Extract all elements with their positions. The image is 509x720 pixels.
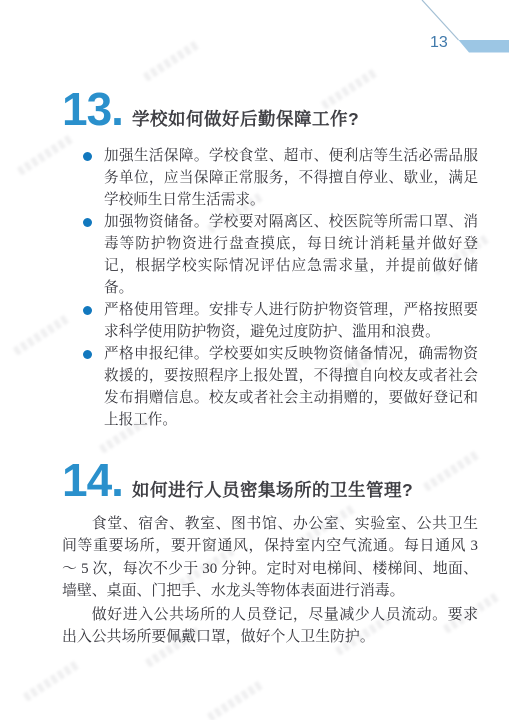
- question-13-header: 13. 学校如何做好后勤保障工作?: [62, 86, 478, 132]
- bullet-item: 严格使用管理。安排专人进行防护物资管理，严格按照要求科学使用防护物资，避免过度防…: [62, 299, 478, 343]
- bullet-text: 加强物资储备。学校要对隔离区、校医院等所需口罩、消毒等防护物资进行盘查摸底，每日…: [104, 214, 478, 296]
- bullet-list: 加强生活保障。学校食堂、超市、便利店等生活必需品服务单位，应当保障正常服务，不得…: [62, 145, 478, 431]
- question-14-title: 如何进行人员密集场所的卫生管理?: [132, 477, 413, 502]
- watermark-smudge: [23, 659, 82, 701]
- question-14-header: 14. 如何进行人员密集场所的卫生管理?: [62, 457, 478, 503]
- bullet-text: 严格申报纪律。学校要如实反映物资储备情况，确需物资救援的，要按照程序上报处置，不…: [104, 346, 478, 428]
- watermark-smudge: [207, 679, 266, 720]
- bullet-dot-icon: [83, 306, 92, 315]
- paragraph: 食堂、宿舍、教室、图书馆、办公室、实验室、公共卫生间等重要场所，要开窗通风，保持…: [62, 513, 478, 602]
- bullet-item: 加强生活保障。学校食堂、超市、便利店等生活必需品服务单位，应当保障正常服务，不得…: [62, 145, 478, 211]
- question-section-14: 14. 如何进行人员密集场所的卫生管理? 食堂、宿舍、教室、图书馆、办公室、实验…: [62, 457, 478, 649]
- bullet-item: 加强物资储备。学校要对隔离区、校医院等所需口罩、消毒等防护物资进行盘查摸底，每日…: [62, 211, 478, 299]
- bullet-text: 严格使用管理。安排专人进行防护物资管理，严格按照要求科学使用防护物资，避免过度防…: [104, 302, 478, 340]
- bullet-dot-icon: [83, 350, 92, 359]
- question-13-number: 13.: [62, 86, 123, 132]
- document-page: 13 13. 学校如何做好后勤保障工作? 加强生活保障。学校食堂、超市、便利店等…: [0, 0, 509, 720]
- question-section-13: 13. 学校如何做好后勤保障工作? 加强生活保障。学校食堂、超市、便利店等生活必…: [62, 0, 478, 431]
- page-number: 13: [430, 34, 448, 52]
- bullet-text: 加强生活保障。学校食堂、超市、便利店等生活必需品服务单位，应当保障正常服务，不得…: [104, 148, 478, 208]
- question-13-title: 学校如何做好后勤保障工作?: [132, 106, 359, 131]
- paragraph: 做好进入公共场所的人员登记，尽量减少人员流动。要求出入公共场所要佩戴口罩，做好个…: [62, 604, 478, 649]
- question-14-number: 14.: [62, 457, 123, 503]
- corner-ribbon: [459, 40, 509, 53]
- bullet-item: 严格申报纪律。学校要如实反映物资储备情况，确需物资救援的，要按照程序上报处置，不…: [62, 343, 478, 431]
- bullet-dot-icon: [83, 152, 92, 161]
- bullet-dot-icon: [83, 218, 92, 227]
